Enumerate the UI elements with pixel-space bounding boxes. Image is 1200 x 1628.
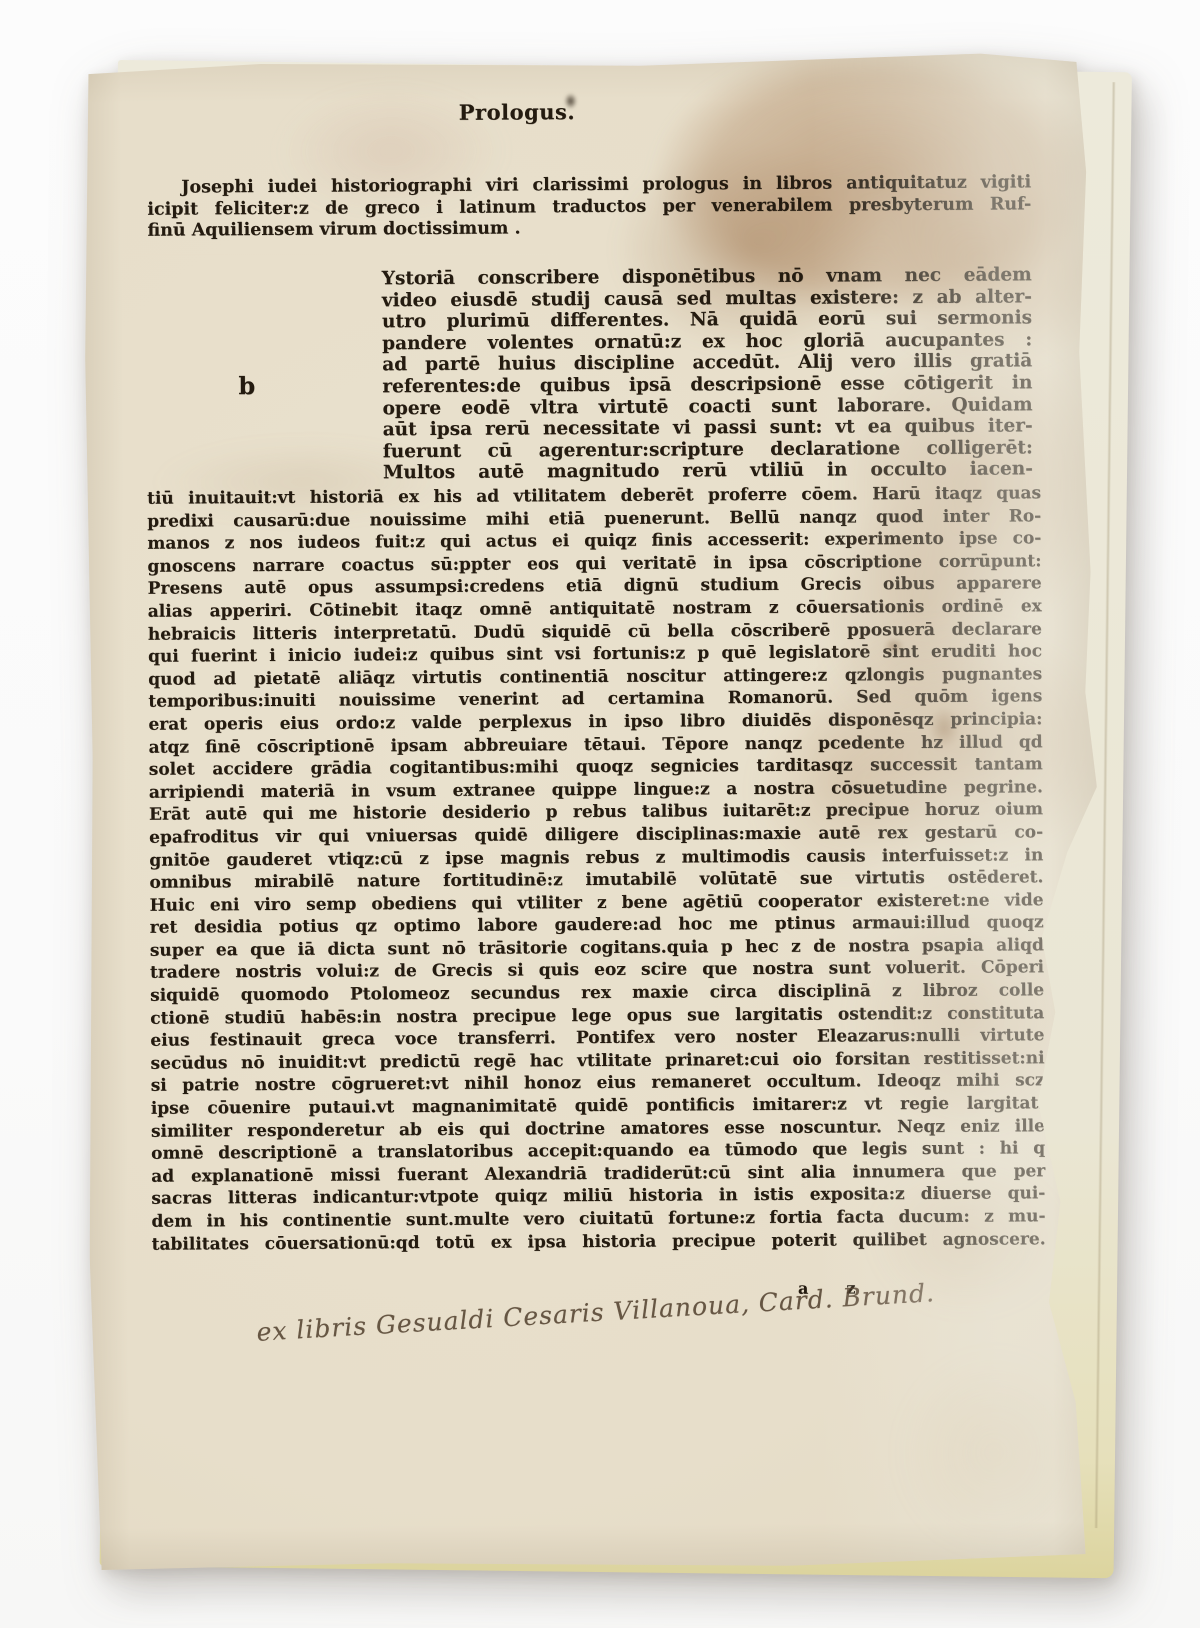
text-line: Multos autē magnitudo rerū vtiliū in occ… [383,459,1033,485]
guide-letter-b: b [238,371,255,400]
fore-edge-crease [1094,82,1116,1528]
photograph-of-incunable-leaf: Prologus. Josephi iudei historiographi v… [0,0,1200,1628]
printed-page: Prologus. Josephi iudei historiographi v… [80,52,1104,1573]
prologue-main-text-block: tiū inuitauit:vt historiā ex his ad vtil… [147,482,1046,1256]
ownership-inscription-handwritten: ex libris Gesualdi Cesaris Villanoua, Ca… [256,1278,937,1347]
incipit-paragraph: Josephi iudei historiographi viri claris… [147,172,1031,242]
running-title: Prologus. [459,99,576,125]
prologue-opening-block-indented: Ystoriā conscribere disponētibus nō vnam… [382,264,1033,484]
book-leaf-group: Prologus. Josephi iudei historiographi v… [0,0,1200,1628]
text-line: tabilitates cōuersationū:qd totū ex ipsa… [152,1228,1046,1256]
text-line: finū Aquiliensem virum doctissimum . [147,215,1031,242]
